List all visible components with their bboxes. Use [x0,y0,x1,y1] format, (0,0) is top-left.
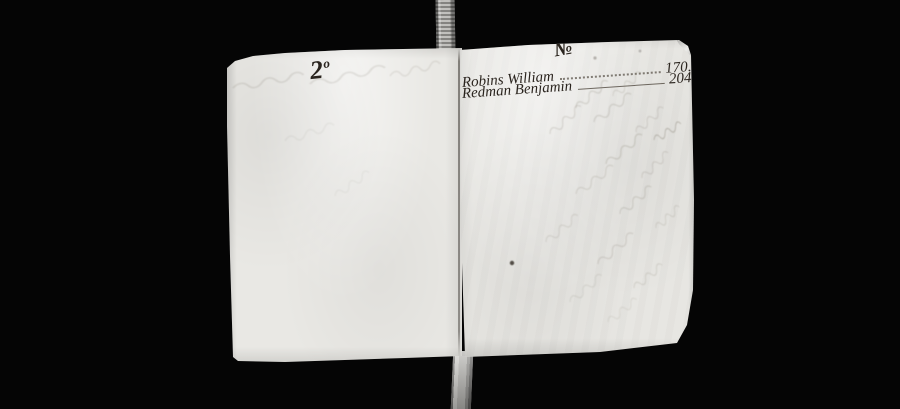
left-page-ghost-writing [225,46,462,366]
bookmark-ribbon-top [436,0,456,54]
bookmark-ribbon-bottom [451,351,474,409]
spine-crease [458,49,460,356]
left-page-number-superscript: o [323,55,332,71]
left-page-number-mark: 2o [308,54,333,86]
scanned-ledger-photo: 2o № Robins William 170. Redman Benjamin [0,0,900,409]
left-page: 2o [225,46,462,366]
numero-mark: № [552,37,574,63]
leader-line-solid [578,83,664,90]
entry-page-number: 204 [668,67,692,91]
right-page: № Robins William 170. Redman Benjamin 20… [458,36,698,361]
page-corner-fold [676,39,692,57]
